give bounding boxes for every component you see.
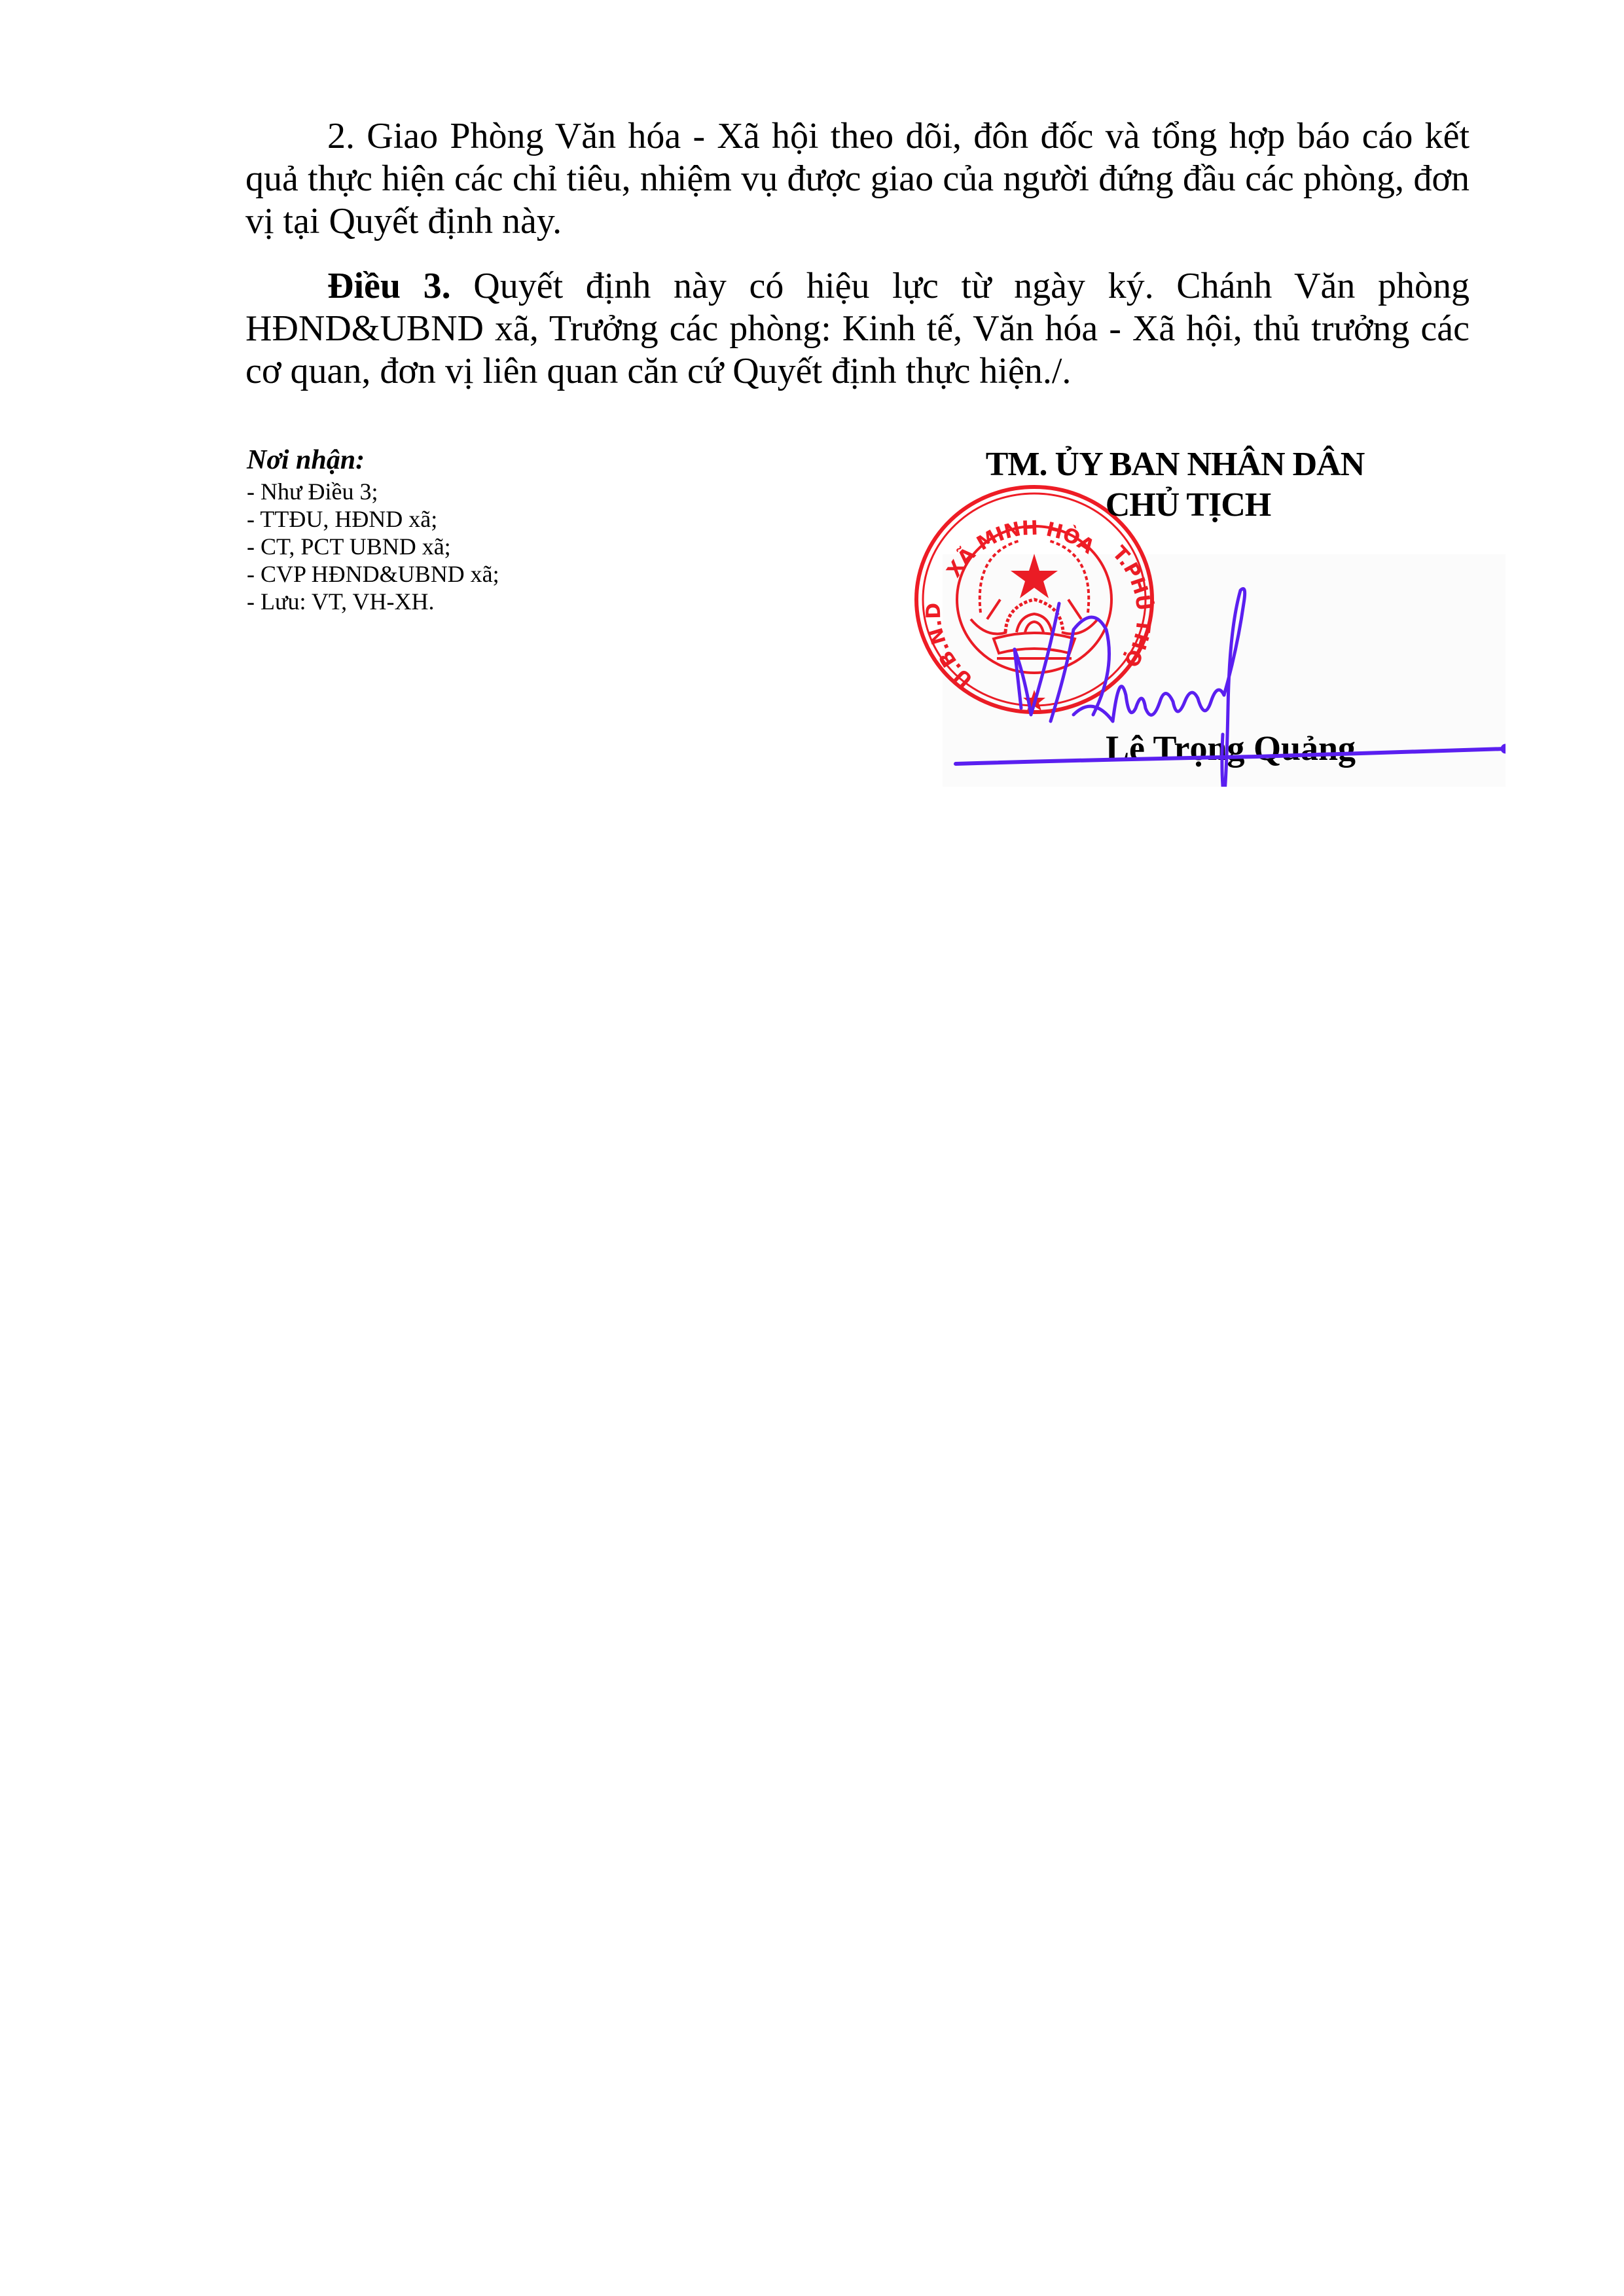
handwritten-signature-icon bbox=[916, 433, 1506, 787]
recipient-item: - Lưu: VT, VH-XH. bbox=[247, 588, 499, 615]
article-heading: Điều 3. bbox=[327, 266, 451, 306]
document-page: 2. Giao Phòng Văn hóa - Xã hội theo dõi,… bbox=[0, 0, 1624, 2296]
paragraph-clause-2: 2. Giao Phòng Văn hóa - Xã hội theo dõi,… bbox=[245, 115, 1470, 243]
paragraph-article-3: Điều 3. Quyết định này có hiệu lực từ ng… bbox=[245, 265, 1470, 393]
recipients-list: Nơi nhận: - Như Điều 3; - TTĐU, HĐND xã;… bbox=[247, 444, 499, 615]
signature-block: TM. ỦY BAN NHÂN DÂN CHỦ TỊCH XÃ MINH HÒA… bbox=[916, 433, 1506, 787]
recipient-item: - CT, PCT UBND xã; bbox=[247, 533, 499, 560]
recipient-item: - CVP HĐND&UBND xã; bbox=[247, 560, 499, 588]
recipient-item: - TTĐU, HĐND xã; bbox=[247, 505, 499, 533]
recipient-item: - Như Điều 3; bbox=[247, 478, 499, 505]
paragraph-text: 2. Giao Phòng Văn hóa - Xã hội theo dõi,… bbox=[245, 116, 1470, 242]
recipients-title: Nơi nhận: bbox=[247, 444, 499, 476]
